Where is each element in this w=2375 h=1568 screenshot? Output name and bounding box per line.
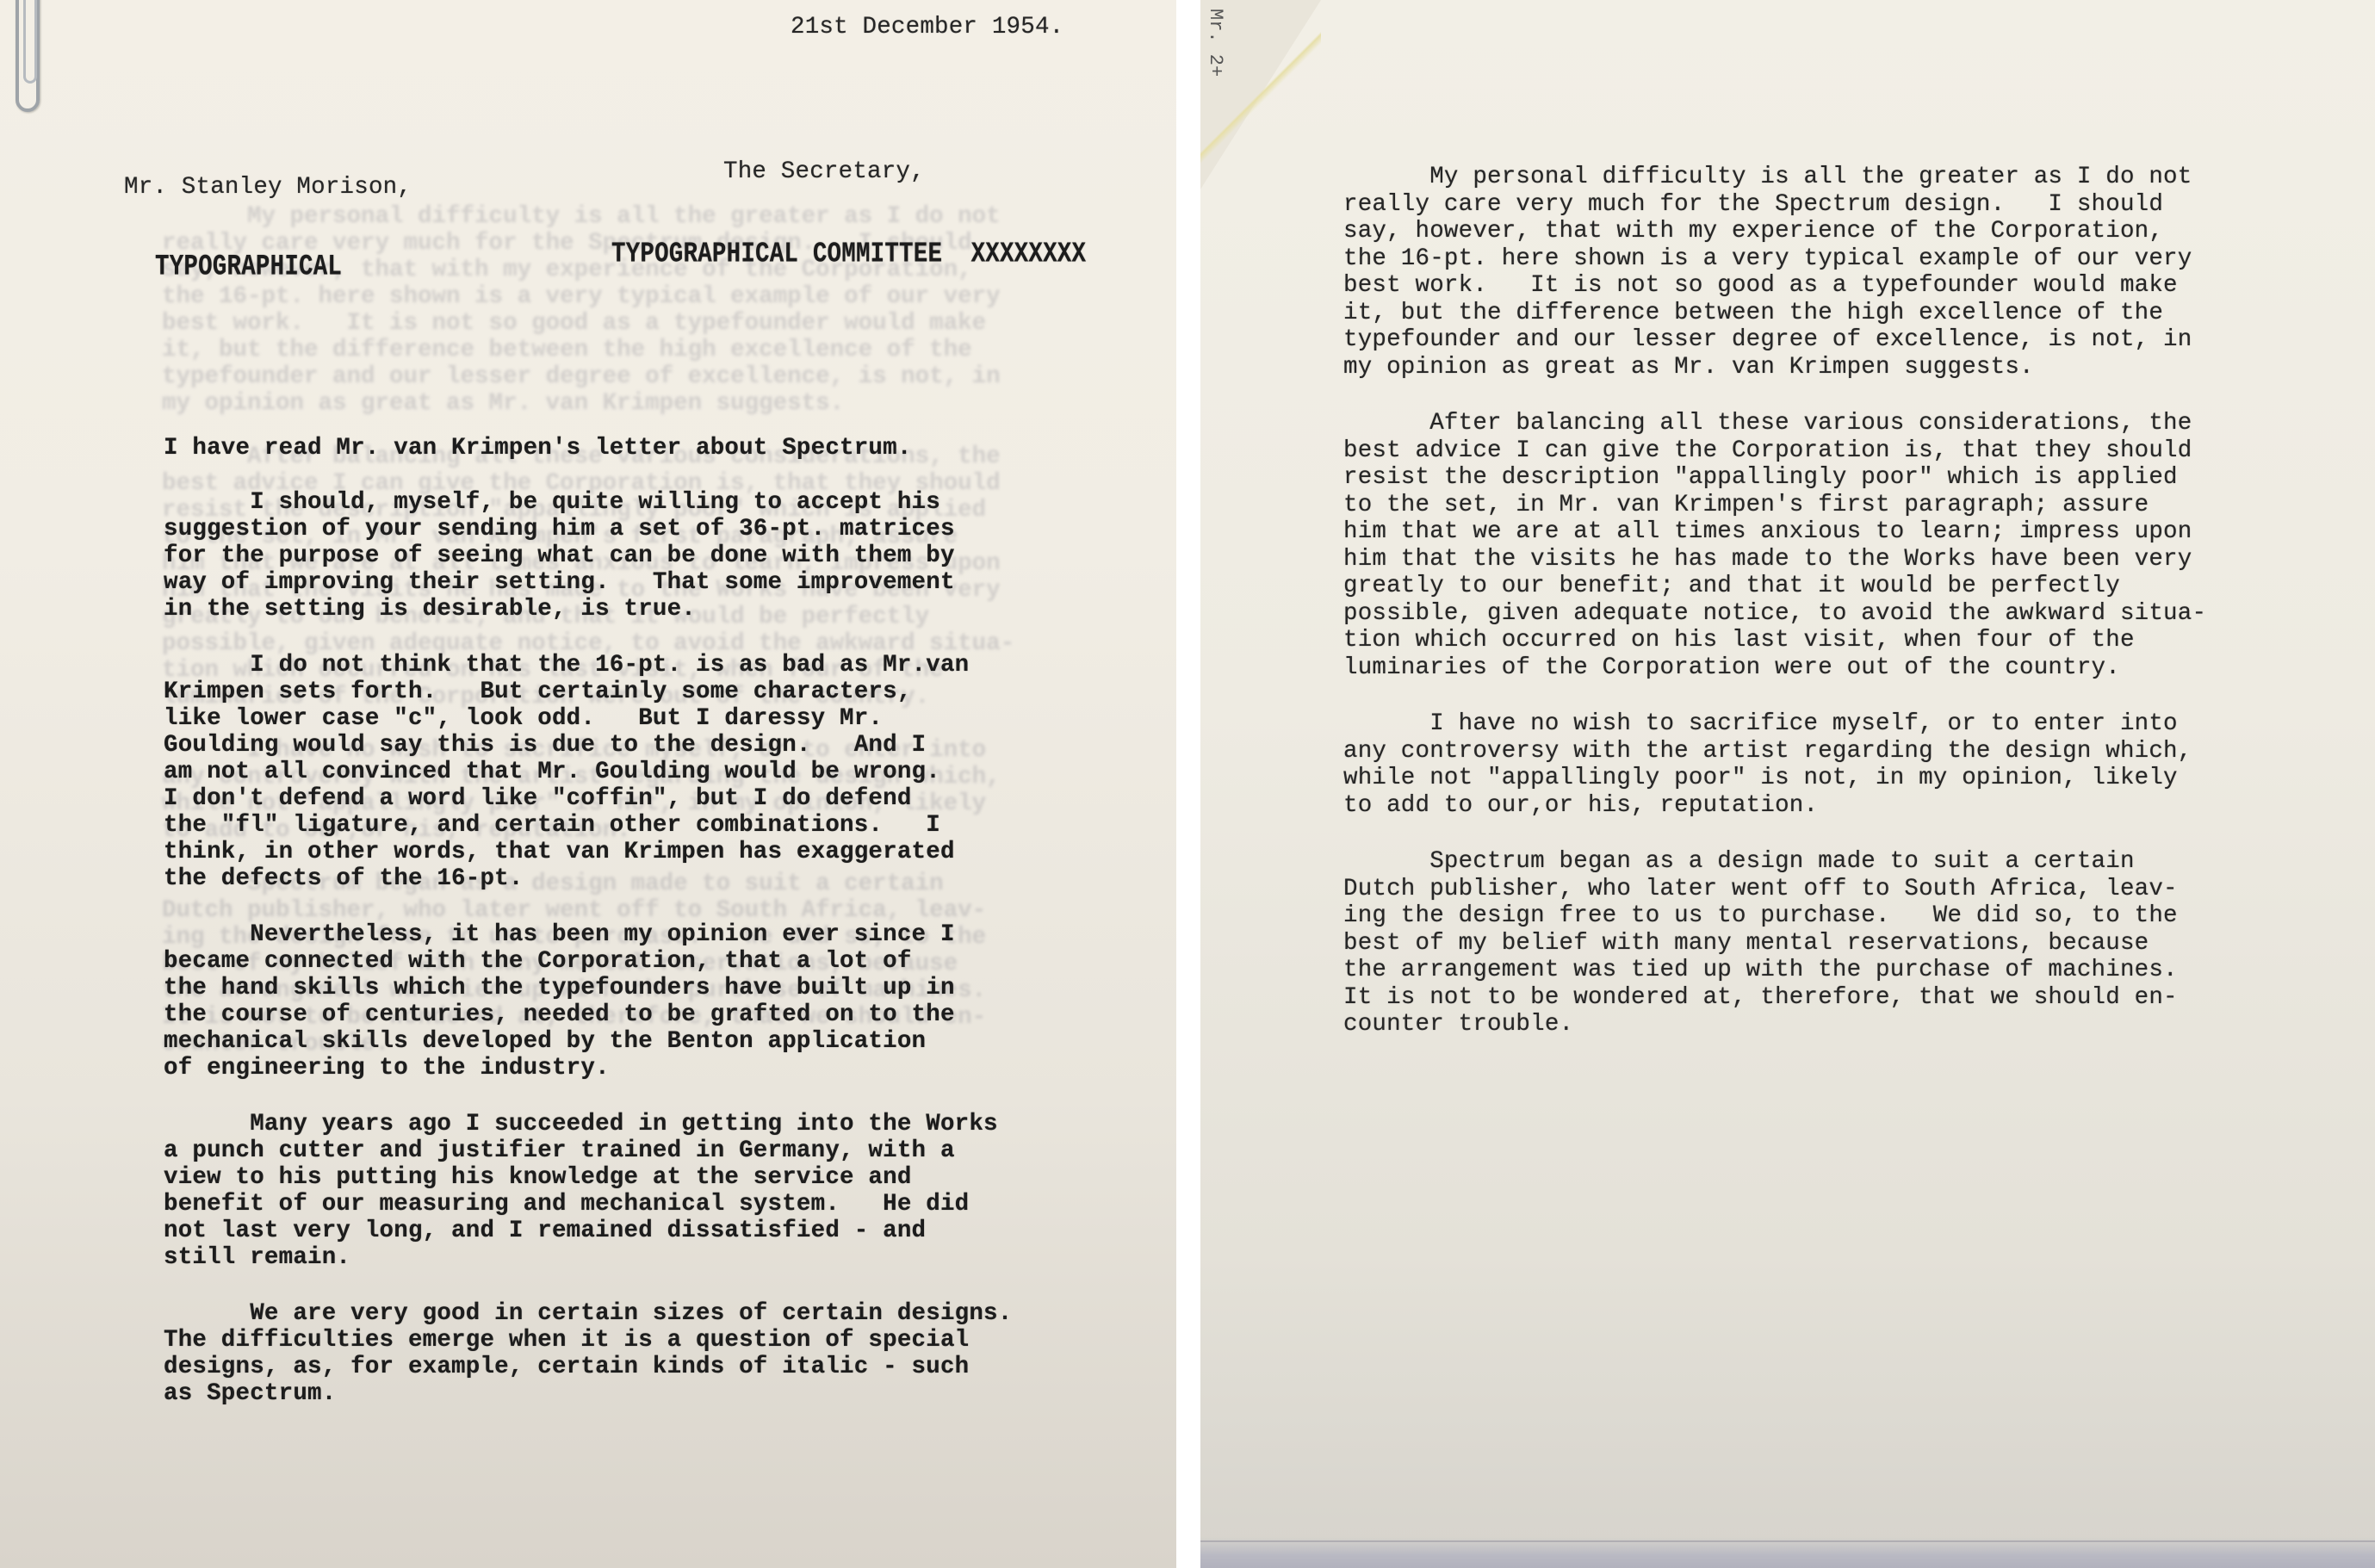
text-line: We are very good in certain sizes of cer… xyxy=(164,1300,1012,1327)
text-line: possible, given adequate notice, to avoi… xyxy=(1343,600,2206,628)
text-line: him that the visits he has made to the W… xyxy=(1343,546,2206,573)
margin-note: Mr. 2+ xyxy=(1205,9,1226,77)
table-surface xyxy=(1200,1537,2375,1568)
text-line: am not all convinced that Mr. Goulding w… xyxy=(164,759,1012,785)
text-line: After balancing all these various consid… xyxy=(1343,410,2206,437)
text-line: greatly to our benefit; and that it woul… xyxy=(1343,573,2206,600)
text-line: mechanical skills developed by the Bento… xyxy=(164,1028,1012,1055)
text-line: like lower case "c", look odd. But I dar… xyxy=(164,705,1012,732)
text-line: think, in other words, that van Krimpen … xyxy=(164,839,1012,865)
paperclip-icon xyxy=(16,0,40,112)
committee-heading-right: TYPOGRAPHICAL COMMITTEE XXXXXXXX xyxy=(611,239,1086,270)
text-line: designs, as, for example, certain kinds … xyxy=(164,1354,1012,1380)
text-line: for the purpose of seeing what can be do… xyxy=(164,542,1012,569)
paragraph: I do not think that the 16-pt. is as bad… xyxy=(164,652,1012,892)
text-line: to the set, in Mr. van Krimpen's first p… xyxy=(1343,492,2206,519)
text-line: ing the design free to us to purchase. W… xyxy=(1343,902,2206,930)
letter-date: 21st December 1954. xyxy=(791,14,1063,40)
text-line: still remain. xyxy=(164,1244,1012,1271)
text-line: the 16-pt. here shown is a very typical … xyxy=(1343,245,2206,273)
paragraph: I should, myself, be quite willing to ac… xyxy=(164,489,1012,623)
text-line: way of improving their setting. That som… xyxy=(164,569,1012,596)
text-line: resist the description "appallingly poor… xyxy=(1343,464,2206,492)
text-line: in the setting is desirable, is true. xyxy=(164,596,1012,623)
committee-heading-left: TYPOGRAPHICAL xyxy=(155,251,342,284)
text-line: typefounder and our lesser degree of exc… xyxy=(1343,326,2206,354)
text-line: I don't defend a word like "coffin", but… xyxy=(164,785,1012,812)
text-line: not last very long, and I remained dissa… xyxy=(164,1218,1012,1244)
text-line: became connected with the Corporation, t… xyxy=(164,948,1012,975)
addressee-title: The Secretary, xyxy=(723,158,925,185)
text-line: view to his putting his knowledge at the… xyxy=(164,1164,1012,1191)
paragraph: After balancing all these various consid… xyxy=(1343,410,2206,681)
paragraph: Nevertheless, it has been my opinion eve… xyxy=(164,921,1012,1081)
letter-body-right: My personal difficulty is all the greate… xyxy=(1343,164,2206,1068)
text-line: the defects of the 16-pt. xyxy=(164,865,1012,892)
text-line: as Spectrum. xyxy=(164,1380,1012,1407)
text-line: of engineering to the industry. xyxy=(164,1055,1012,1081)
text-line: Spectrum began as a design made to suit … xyxy=(1343,848,2206,876)
text-line: Nevertheless, it has been my opinion eve… xyxy=(164,921,1012,948)
text-line: benefit of our measuring and mechanical … xyxy=(164,1191,1012,1218)
text-line: Many years ago I succeeded in getting in… xyxy=(164,1111,1012,1137)
text-line: The difficulties emerge when it is a que… xyxy=(164,1327,1012,1354)
paragraph: We are very good in certain sizes of cer… xyxy=(164,1300,1012,1407)
text-line: Goulding would say this is due to the de… xyxy=(164,732,1012,759)
text-line: the course of centuries, needed to be gr… xyxy=(164,1001,1012,1028)
paragraph: I have read Mr. van Krimpen's letter abo… xyxy=(164,435,1012,462)
text-line: best of my belief with many mental reser… xyxy=(1343,930,2206,958)
text-line: say, however, that with my experience of… xyxy=(1343,218,2206,245)
text-line: tion which occurred on his last visit, w… xyxy=(1343,627,2206,654)
text-line: I should, myself, be quite willing to ac… xyxy=(164,489,1012,516)
text-line: My personal difficulty is all the greate… xyxy=(1343,164,2206,191)
text-line: to add to our,or his, reputation. xyxy=(1343,792,2206,820)
text-line: It is not to be wondered at, therefore, … xyxy=(1343,984,2206,1012)
text-line: luminaries of the Corporation were out o… xyxy=(1343,654,2206,682)
text-line: best work. It is not so good as a typefo… xyxy=(1343,272,2206,300)
addressee-name: Mr. Stanley Morison, xyxy=(124,174,412,201)
text-line: him that we are at all times anxious to … xyxy=(1343,518,2206,546)
text-line: the arrangement was tied up with the pur… xyxy=(1343,957,2206,984)
text-line: best advice I can give the Corporation i… xyxy=(1343,437,2206,465)
text-line: my opinion as great as Mr. van Krimpen s… xyxy=(1343,354,2206,381)
text-line: Krimpen sets forth. But certainly some c… xyxy=(164,679,1012,705)
letter-body-left: I have read Mr. van Krimpen's letter abo… xyxy=(164,435,1012,1436)
text-line: a punch cutter and justifier trained in … xyxy=(164,1137,1012,1164)
paragraph: I have no wish to sacrifice myself, or t… xyxy=(1343,710,2206,819)
text-line: really care very much for the Spectrum d… xyxy=(1343,191,2206,219)
text-line: the hand skills which the typefounders h… xyxy=(164,975,1012,1001)
paragraph: Spectrum began as a design made to suit … xyxy=(1343,848,2206,1038)
text-line: counter trouble. xyxy=(1343,1011,2206,1038)
letter-page-2: Mr. 2+ My personal difficulty is all the… xyxy=(1200,0,2375,1568)
text-line: it, but the difference between the high … xyxy=(1343,300,2206,327)
text-line: while not "appallingly poor" is not, in … xyxy=(1343,765,2206,792)
text-line: I do not think that the 16-pt. is as bad… xyxy=(164,652,1012,679)
paragraph: Many years ago I succeeded in getting in… xyxy=(164,1111,1012,1271)
text-line: I have no wish to sacrifice myself, or t… xyxy=(1343,710,2206,738)
letter-page-1: My personal difficulty is all the greate… xyxy=(0,0,1176,1568)
text-line: I have read Mr. van Krimpen's letter abo… xyxy=(164,435,1012,462)
text-line: the "fl" ligature, and certain other com… xyxy=(164,812,1012,839)
text-line: Dutch publisher, who later went off to S… xyxy=(1343,876,2206,903)
text-line: suggestion of your sending him a set of … xyxy=(164,516,1012,542)
paragraph: My personal difficulty is all the greate… xyxy=(1343,164,2206,381)
text-line: any controversy with the artist regardin… xyxy=(1343,738,2206,765)
